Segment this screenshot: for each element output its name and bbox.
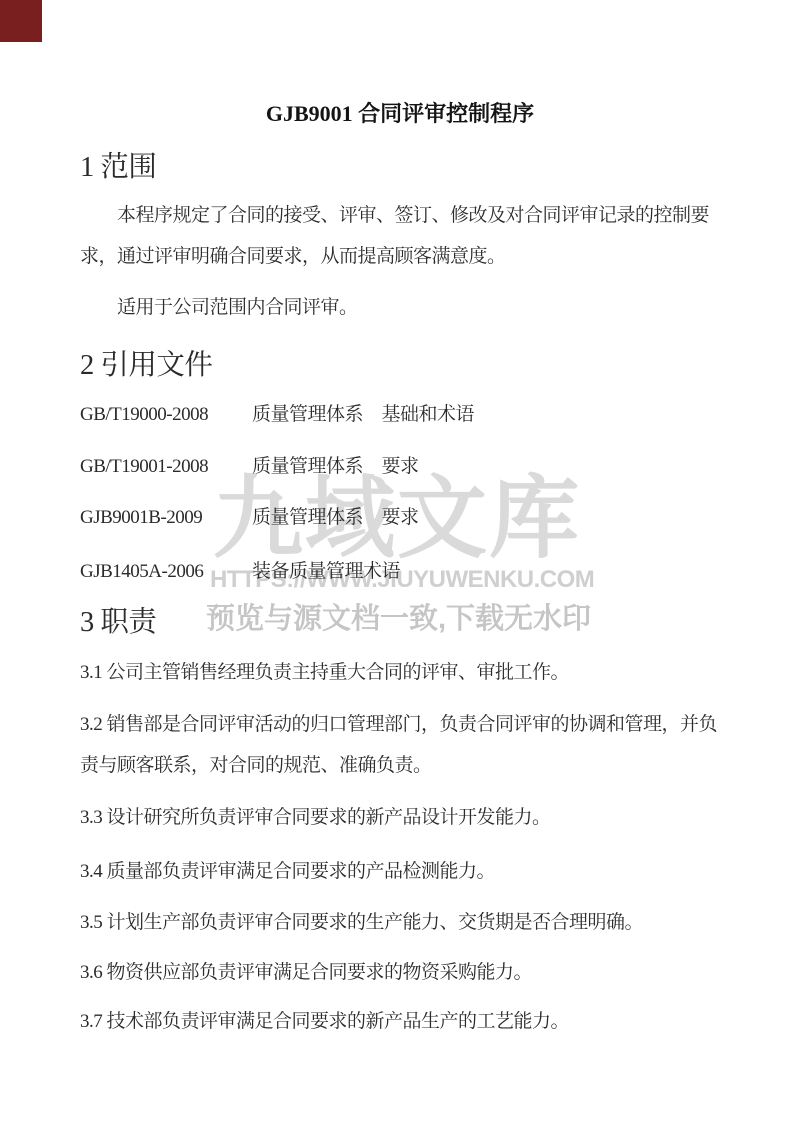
reference-row: GJB1405A-2006装备质量管理术语: [80, 551, 720, 592]
reference-row: GB/T19001-2008质量管理体系 要求: [80, 446, 720, 487]
section-heading-scope: 1 范围: [80, 147, 720, 188]
corner-marker: [0, 0, 42, 42]
duty-item: 3.7 技术部负责评审满足合同要求的新产品生产的工艺能力。: [80, 1001, 720, 1042]
section-heading-duties: 3 职责: [80, 602, 720, 643]
duty-item: 3.3 设计研究所负责评审合同要求的新产品设计开发能力。: [80, 797, 720, 838]
reference-code: GB/T19001-2008: [80, 446, 252, 487]
reference-code: GJB9001B-2009: [80, 497, 252, 538]
reference-row: GJB9001B-2009质量管理体系 要求: [80, 497, 720, 538]
duty-item: 3.4 质量部负责评审满足合同要求的产品检测能力。: [80, 851, 720, 892]
reference-code: GB/T19000-2008: [80, 394, 252, 435]
section-heading-references: 2 引用文件: [80, 345, 720, 386]
document-content: GJB9001 合同评审控制程序 1 范围 本程序规定了合同的接受、评审、签订、…: [80, 0, 720, 1042]
scope-paragraph: 适用于公司范围内合同评审。: [80, 287, 720, 328]
scope-paragraph: 本程序规定了合同的接受、评审、签订、修改及对合同评审记录的控制要求，通过评审明确…: [80, 195, 720, 277]
reference-code: GJB1405A-2006: [80, 551, 252, 592]
reference-title: 质量管理体系 基础和术语: [252, 404, 474, 425]
document-title: GJB9001 合同评审控制程序: [80, 99, 720, 129]
reference-title: 质量管理体系 要求: [252, 456, 419, 477]
reference-title: 质量管理体系 要求: [252, 507, 419, 528]
duty-item: 3.6 物资供应部负责评审满足合同要求的物资采购能力。: [80, 952, 720, 993]
duty-item: 3.5 计划生产部负责评审合同要求的生产能力、交货期是否合理明确。: [80, 902, 720, 943]
reference-title: 装备质量管理术语: [252, 561, 400, 582]
duty-item: 3.1 公司主管销售经理负责主持重大合同的评审、审批工作。: [80, 652, 720, 693]
reference-row: GB/T19000-2008质量管理体系 基础和术语: [80, 394, 720, 435]
document-page: 九域文库 HTTPS://WWW.JIUYUWENKU.COM 预览与源文档一致…: [0, 0, 793, 1122]
duty-item: 3.2 销售部是合同评审活动的归口管理部门，负责合同评审的协调和管理，并负责与顾…: [80, 704, 720, 786]
